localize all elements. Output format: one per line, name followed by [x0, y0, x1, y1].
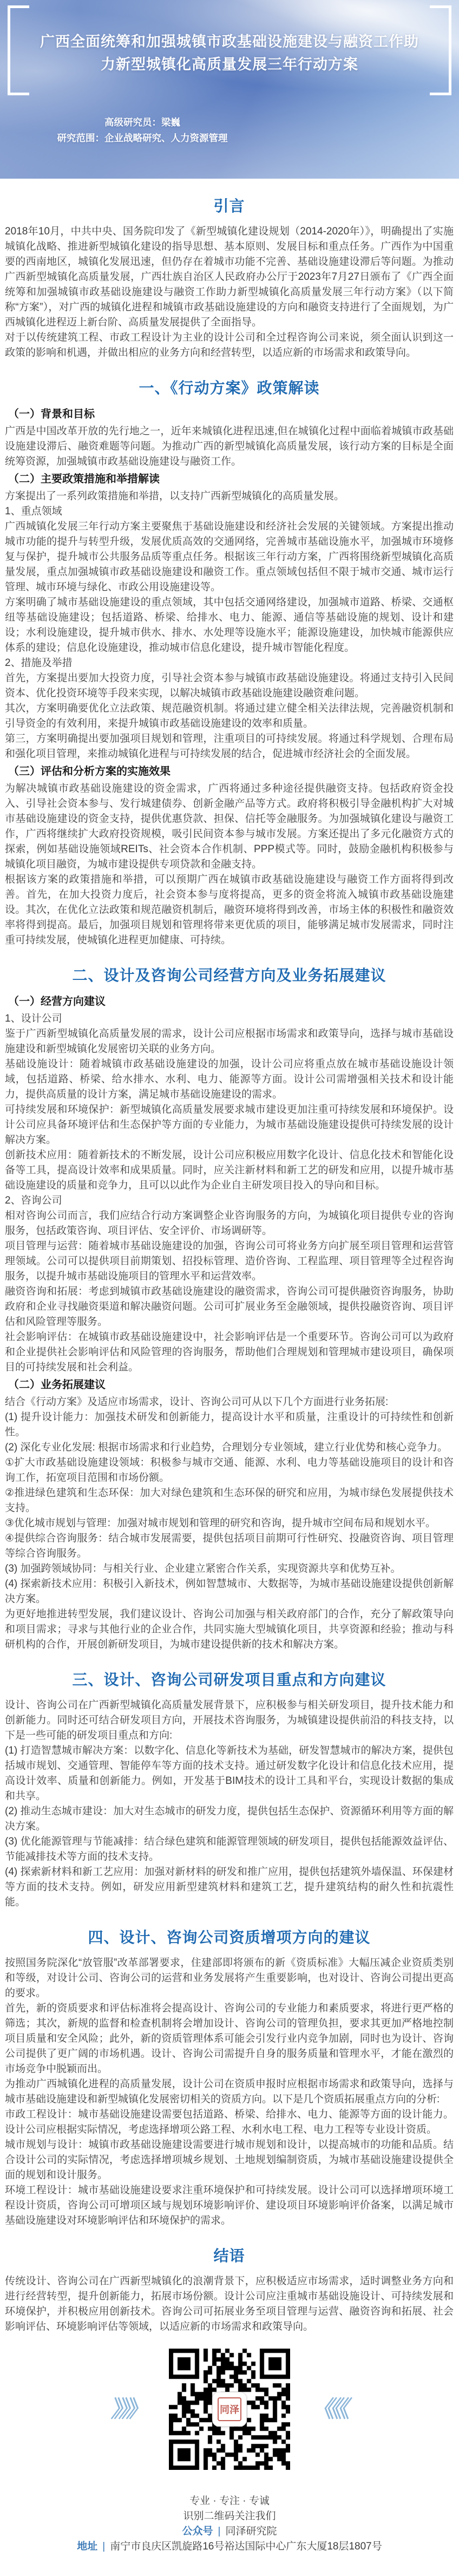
paragraph: ①扩大市政基础设施建设领域：积极参与城市交通、能源、水利、电力等基础设施项目的设…: [5, 1455, 454, 1486]
qr-section: 》》》 同泽 《《《: [0, 2349, 459, 2470]
footer: 专业 · 专注 · 专诚 识别二维码关注我们 公众号|同泽研究院 地址|南宁市良…: [0, 2494, 459, 2576]
tongze-seal-icon: 同泽: [218, 2397, 241, 2421]
paragraph: 传统设计、咨询公司在广西新型城镇化的浪潮背景下，应积极适应市场需求，适时调整业务…: [5, 2274, 454, 2335]
header-banner: 广西全面统筹和加强城镇市政基础设施建设与融资工作助 力新型城镇化高质量发展三年行…: [0, 0, 459, 179]
sub-heading: （一）经营方向建议: [8, 993, 454, 1010]
paragraph: (1) 提升设计能力：加强技术研发和创新能力，提高设计水平和质量，注重设计的可持…: [5, 1410, 454, 1440]
paragraph: 方案明确了城市基础设施建设的重点领域，其中包括交通网络建设，加强城市道路、桥梁、…: [5, 595, 454, 656]
paragraph: 市政工程设计：城市基础设施建设需要包括道路、桥梁、给排水、电力、能源等方面的设计…: [5, 2107, 454, 2137]
footer-address-line: 地址|南宁市良庆区凯旋路16号裕达国际中心广东大厦18层1807号: [0, 2539, 459, 2554]
account-name: 同泽研究院: [225, 2526, 277, 2537]
paragraph: 鉴于广西新型城镇化高质量发展的需求，设计公司应根据市场需求和政策导向，选择与城市…: [5, 1027, 454, 1057]
paragraph: 方案提出了一系列政策措施和举措，以支持广西新型城镇化的高质量发展。: [5, 489, 454, 504]
section-heading: 一、《行动方案》政策解读: [5, 377, 454, 400]
paragraph: 对于以传统建筑工程、市政工程设计为主业的设计公司和全过程咨询公司来说，须全面认识…: [5, 330, 454, 361]
qr-center-logo: 同泽: [212, 2392, 247, 2427]
paragraph: 2018年10月，中共中央、国务院印发了《新型城镇化建设规划（2014-2020…: [5, 224, 454, 330]
paragraph: (1) 打造智慧城市解决方案：以数字化、信息化等新技术为基础，研发智慧城市的解决…: [5, 1743, 454, 1804]
paragraph: 环境工程设计：城市基础设施建设要求注重环境保护和可持续发展。设计公司可以选择增项…: [5, 2183, 454, 2228]
section-heading: 二、设计及咨询公司经营方向及业务拓展建议: [5, 964, 454, 987]
paragraph: 相对咨询公司而言，我们应结合行动方案调整企业咨询服务的方向，为城镇化项目提供专业…: [5, 1208, 454, 1239]
footer-scan-hint: 识别二维码关注我们: [0, 2509, 459, 2524]
page-title-line1: 广西全面统筹和加强城镇市政基础设施建设与融资工作助: [0, 30, 459, 53]
footer-slogan: 专业 · 专注 · 专诚: [0, 2494, 459, 2509]
section-heading: 引言: [5, 195, 454, 218]
corner-bracket-left-icon: [8, 5, 29, 95]
address-label: 地址: [77, 2541, 97, 2552]
separator-bar: |: [102, 2541, 105, 2552]
paragraph: 创新技术应用：随着新技术的不断发展，设计公司应积极应用数字化设计、信息化技术和智…: [5, 1148, 454, 1193]
paragraph: ②推进绿色建筑和生态环保：加大对绿色建筑和生态环保的研究和应用，为城市绿色发展提…: [5, 1486, 454, 1516]
paragraph: 为解决城镇市政基础设施建设的资金需求，广西将通过多种途径提供融资支持。包括政府资…: [5, 781, 454, 872]
paragraph: 广西城镇化发展三年行动方案主要聚焦于基础设施建设和经济社会发展的关键领域。方案提…: [5, 519, 454, 595]
chevrons-left-icon: 《《《: [311, 2398, 349, 2421]
section-heading: 三、设计、咨询公司研发项目重点和方向建议: [5, 1669, 454, 1691]
paragraph: 按照国务院深化“放管服”改革部署要求，住建部即将颁布的新《资质标准》大幅压减企业…: [5, 1956, 454, 2001]
paragraph: 城市规划与设计：城镇市政基础设施建设需要进行城市规划和设计，以提高城市的功能和品…: [5, 2137, 454, 2183]
paragraph: 根据该方案的政策措施和举措，可以预期广西在城镇市政基础设施建设与融资工作方面将得…: [5, 872, 454, 948]
paragraph: 广西是中国改革开放的先行地之一，近年来城镇化进程迅速,但在城镇化过程中面临着城镇…: [5, 424, 454, 469]
account-label: 公众号: [182, 2526, 213, 2537]
section-heading: 结语: [5, 2245, 454, 2267]
paragraph: ④提供综合咨询服务：结合城市发展需要，提供包括项目前期可行性研究、投融资咨询、项…: [5, 1531, 454, 1561]
paragraph: 首先，方案提出要加大投资力度，引导社会资本参与城镇市政基础设施建设。将通过支持引…: [5, 671, 454, 701]
sub-heading: （二）业务拓展建议: [8, 1377, 454, 1393]
scope-line: 研究范围：企业战略研究、人力资源管理: [0, 130, 285, 146]
chevrons-right-icon: 》》》: [110, 2398, 148, 2421]
paragraph: 设计、咨询公司在广西新型城镇化高质量发展背景下，应积极参与相关研发项目，提升技术…: [5, 1698, 454, 1743]
article-body: 引言2018年10月，中共中央、国务院印发了《新型城镇化建设规划（2014-20…: [0, 195, 459, 2335]
paragraph: 1、设计公司: [5, 1011, 454, 1027]
paragraph: (2) 推动生态城市建设：加大对生态城市的研发力度，提供包括生态保护、资源循环利…: [5, 1804, 454, 1834]
paragraph: 基础设施设计：随着城镇市政基础设施建设的加强，设计公司应将重点放在城市基础设施设…: [5, 1057, 454, 1102]
paragraph: 其次，方案明确要优化立法政策、规范融资机制。将通过建立健全相关法律法规，完善融资…: [5, 701, 454, 731]
paragraph: 1、重点领域: [5, 504, 454, 519]
page-title: 广西全面统筹和加强城镇市政基础设施建设与融资工作助 力新型城镇化高质量发展三年行…: [0, 0, 459, 76]
paragraph: 可持续发展和环境保护：新型城镇化高质量发展要求城市建设更加注重可持续发展和环境保…: [5, 1102, 454, 1148]
section-heading: 四、设计、咨询公司资质增项方向的建议: [5, 1926, 454, 1949]
sub-heading: （一）背景和目标: [8, 406, 454, 422]
corner-bracket-right-icon: [430, 5, 451, 95]
paragraph: 第三，方案明确提出要加强项目规划和管理，注重项目的可持续发展。将通过科学规划、合…: [5, 731, 454, 762]
paragraph: ③优化城市规划与管理：加强对城市规划和管理的研究和咨询，提升城市空间布局和规划水…: [5, 1516, 454, 1531]
paragraph: 项目管理与运营：随着城市基础设施建设的加强，咨询公司可将业务方向扩展至项目管理和…: [5, 1239, 454, 1284]
paragraph: (3) 优化能源管理与节能减排：结合绿色建筑和能源管理领域的研发项目，提供包括能…: [5, 1834, 454, 1865]
paragraph: 为推动广西城镇化进程的高质量发展，设计公司在资质申报时应根据市场需求和政策导向，…: [5, 2077, 454, 2107]
paragraph: (3) 加强跨领域协同：与相关行业、企业建立紧密合作关系，实现资源共享和优势互补…: [5, 1561, 454, 1577]
address-text: 南宁市良庆区凯旋路16号裕达国际中心广东大厦18层1807号: [110, 2541, 382, 2552]
paragraph: 结合《行动方案》及适应市场需求，设计、咨询公司可从以下几个方面进行业务拓展:: [5, 1395, 454, 1410]
sub-heading: （三）评估和分析方案的实施效果: [8, 763, 454, 780]
paragraph: (4) 探索新技术应用：积极引入新技术，例如智慧城市、大数据等，为城市基础设施建…: [5, 1577, 454, 1607]
separator-bar: |: [218, 2526, 221, 2537]
sub-heading: （二）主要政策措施和举措解读: [8, 471, 454, 487]
paragraph: 为更好地推进转型发展，我们建议设计、咨询公司加强与相关政府部门的合作，充分了解政…: [5, 1607, 454, 1652]
paragraph: 2、措施及举措: [5, 656, 454, 671]
paragraph: 2、咨询公司: [5, 1193, 454, 1208]
paragraph: 融资咨询和拓展：考虑到城镇市政基础设施建设的融资需求，咨询公司可提供融资咨询服务…: [5, 1284, 454, 1330]
author-block: 高级研究员：梁巍 研究范围：企业战略研究、人力资源管理: [0, 115, 285, 146]
paragraph: (4) 探索新材料和新工艺应用：加强对新材料的研发和推广应用，提供包括建筑外墙保…: [5, 1865, 454, 1910]
paragraph: 首先，新的资质要求和评估标准将会提高设计、咨询公司的专业能力和素质要求，将进行更…: [5, 2001, 454, 2077]
paragraph: 社会影响评估：在城镇市政基础设施建设中，社会影响评估是一个重要环节。咨询公司可以…: [5, 1330, 454, 1375]
page-title-line2: 力新型城镇化高质量发展三年行动方案: [0, 53, 459, 76]
researcher-line: 高级研究员：梁巍: [0, 115, 285, 130]
footer-account-line: 公众号|同泽研究院: [0, 2524, 459, 2539]
paragraph: (2) 深化专业化发展: 根据市场需求和行业趋势，合理划分专业领域，建立行业优势…: [5, 1440, 454, 1455]
qr-code: 同泽: [169, 2349, 290, 2470]
